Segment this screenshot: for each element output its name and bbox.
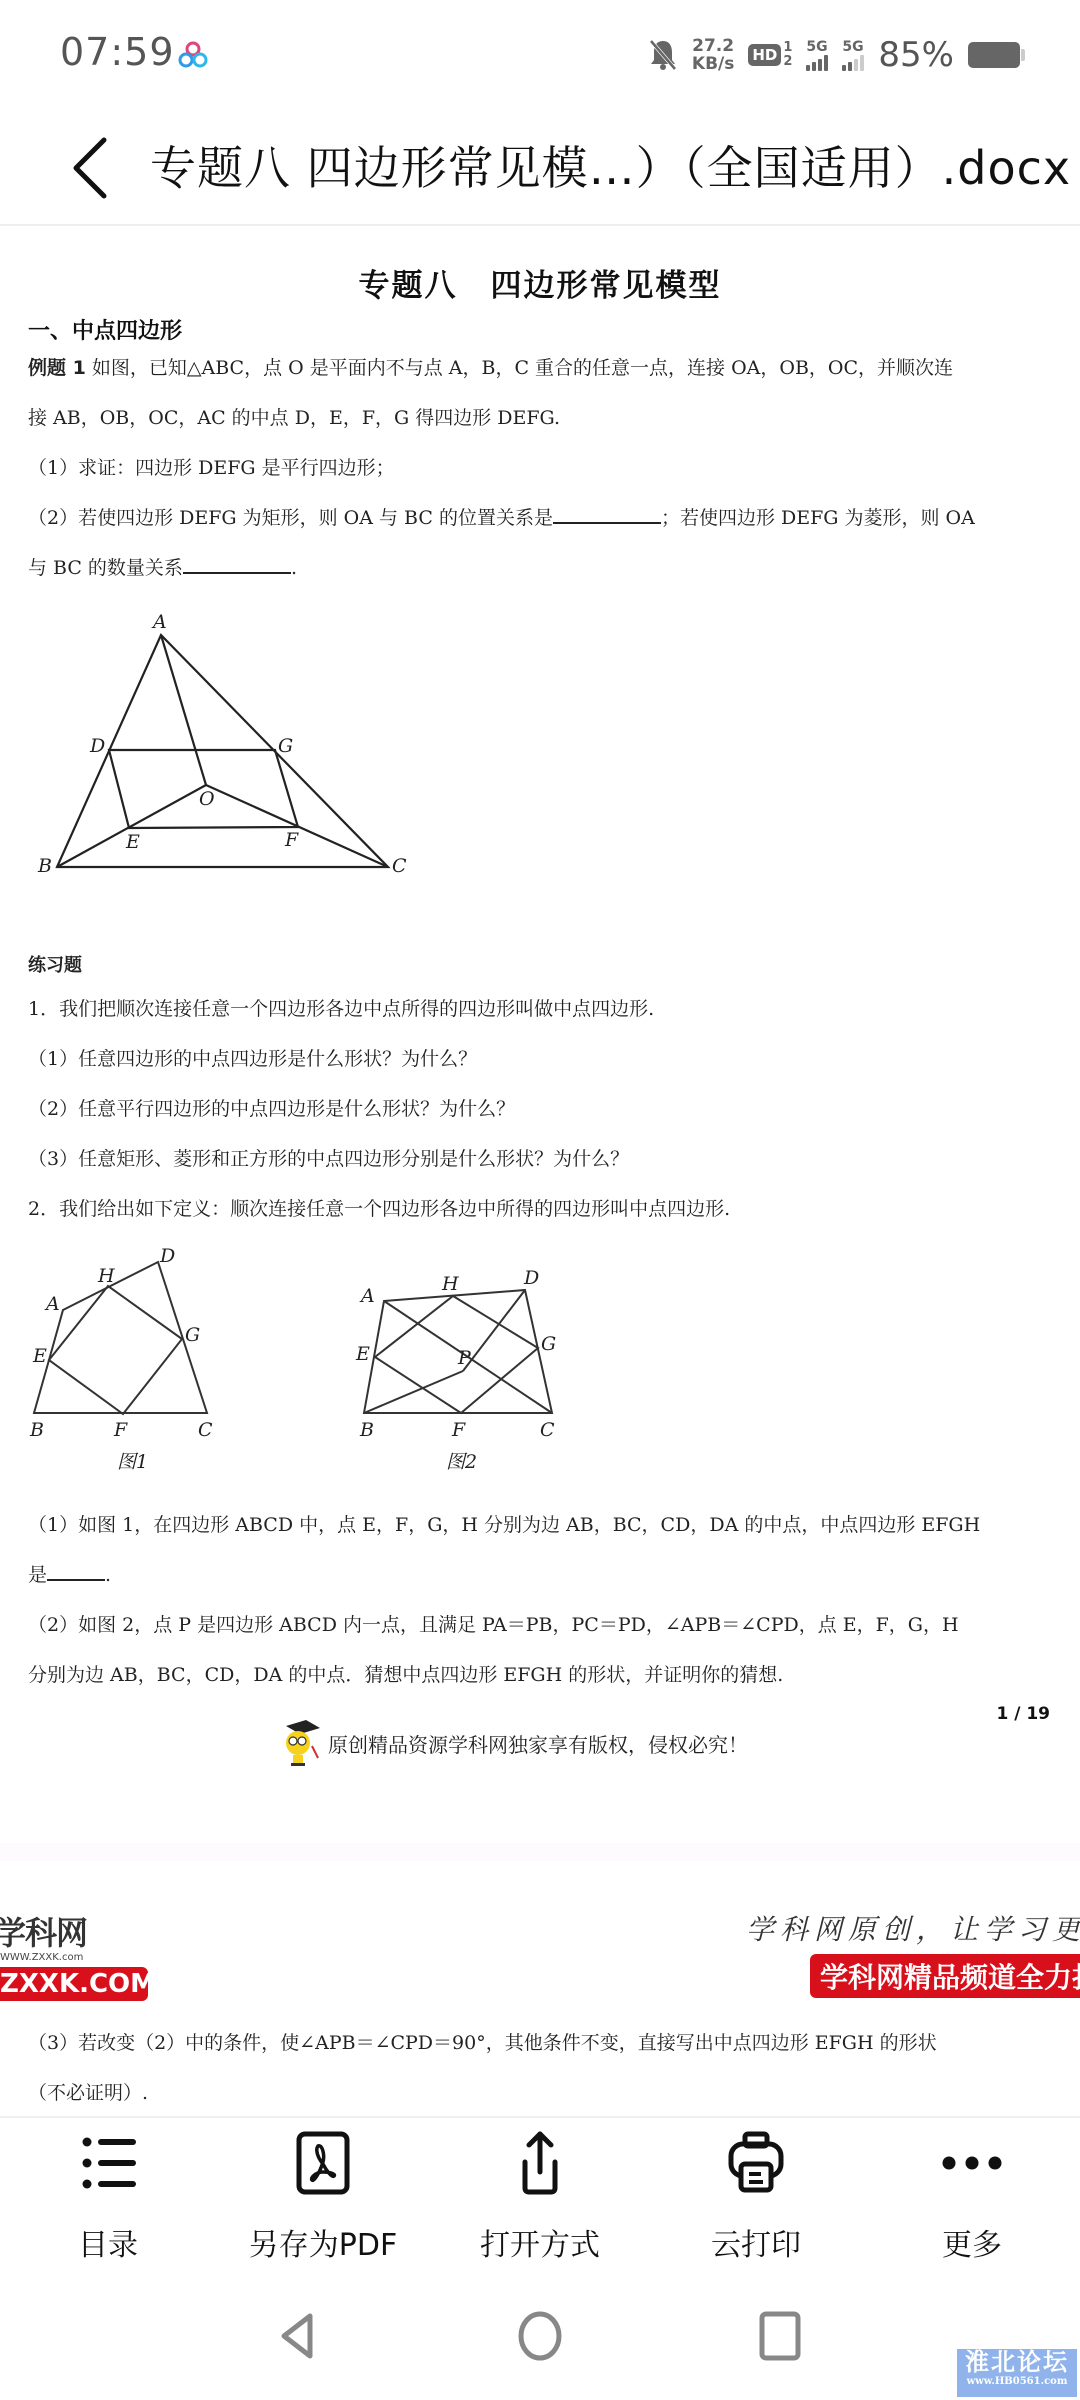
status-time: 07:59 [60, 30, 175, 74]
cloud-print-label: 云打印 [711, 2220, 801, 2264]
sim2-bars [842, 55, 864, 71]
label-F: F [284, 829, 299, 851]
practice-2-stem: 2．我们给出如下定义：顺次连接任意一个四边形各边中所得的四边形叫中点四边形. [28, 1194, 730, 1221]
mascot-icon [282, 1718, 324, 1768]
bottom-toolbar: 目录 另存为PDF 打开方式 云打印 更多 [0, 2116, 1080, 2276]
label-E: E [125, 831, 140, 853]
share-icon [505, 2128, 575, 2198]
more-label: 更多 [942, 2220, 1002, 2264]
watermark-url: www.HB0561.com [957, 2375, 1077, 2389]
example-question-1: （1）求证：四边形 DEFG 是平行四边形； [28, 453, 395, 480]
svg-text:G: G [185, 1324, 200, 1346]
svg-text:D: D [523, 1267, 539, 1289]
svg-text:P: P [457, 1347, 472, 1369]
svg-text:A: A [359, 1285, 375, 1307]
q2-end: . [291, 557, 297, 579]
copyright-notice: 原创精品资源学科网独家享有版权，侵权必究！ [282, 1718, 748, 1768]
practice-2-q2: （2）如图 2，点 P 是四边形 ABCD 内一点，且满足 PA＝PB，PC＝P… [28, 1610, 959, 1637]
answer-blank [47, 1561, 105, 1581]
list-icon [73, 2128, 143, 2198]
hd-sub: 1 2 [783, 41, 792, 69]
copyright-text: 原创精品资源学科网独家享有版权，侵权必究！ [328, 1729, 748, 1758]
svg-text:E: E [32, 1345, 47, 1367]
page-title: 专题八 四边形常见模型 [0, 260, 1080, 305]
practice-2-q2-cont: 分别为边 AB，BC，CD，DA 的中点．猜想中点四边形 EFGH 的形状，并证… [28, 1660, 783, 1687]
practice-1-q2: （2）任意平行四边形的中点四边形是什么形状？为什么？ [28, 1094, 515, 1121]
page-number: 1 / 19 [996, 1704, 1050, 1724]
toc-label: 目录 [78, 2220, 138, 2264]
cloud-print-button[interactable]: 云打印 [666, 2128, 846, 2278]
recents-square-icon[interactable] [750, 2306, 810, 2366]
practice-1-q1: （1）任意四边形的中点四边形是什么形状？为什么？ [28, 1044, 477, 1071]
svg-text:C: C [198, 1419, 213, 1441]
site-watermark: 淮北论坛 www.HB0561.com [957, 2349, 1077, 2397]
label-G: G [278, 735, 293, 757]
zxxk-logo: 学科网 WWW.ZXXK.com ZXXK.COM [0, 1908, 148, 2001]
figure-triangle-abc: A D G O E F B C [0, 598, 450, 892]
system-nav-bar [0, 2276, 1080, 2400]
battery-icon [968, 42, 1020, 68]
document-title: 专题八 四边形常见模…）（全国适用）.docx [150, 132, 1071, 198]
zxxk-slogan: 学科网原创，让学习更容 学科网精品频道全力打 [746, 1908, 1080, 2002]
page-separator [0, 1843, 1080, 1861]
q2-text-c: 与 BC 的数量关系 [28, 557, 183, 579]
svg-text:C: C [540, 1419, 555, 1441]
label-A: A [151, 611, 167, 633]
practice-1-q3: （3）任意矩形、菱形和正方形的中点四边形分别是什么形状？为什么？ [28, 1144, 629, 1171]
svg-text:F: F [451, 1419, 466, 1441]
hd-voice-icon: HD 1 2 [748, 41, 792, 69]
example-question-2-cont: 与 BC 的数量关系. [28, 553, 297, 580]
example-label: 例题 1 [28, 357, 86, 379]
back-triangle-icon[interactable] [270, 2306, 330, 2366]
practice-1-stem: 1．我们把顺次连接任意一个四边形各边中点所得的四边形叫做中点四边形. [28, 994, 654, 1021]
signal-sim1-icon: 5G [806, 39, 828, 71]
q1-text: 是 [28, 1564, 47, 1586]
fig1-caption: 图1 [117, 1451, 148, 1473]
q1-end: . [105, 1564, 111, 1586]
sim2-label: 5G [842, 39, 863, 55]
svg-text:A: A [44, 1293, 60, 1315]
svg-text:D: D [159, 1245, 175, 1267]
example-line-1: 例题 1 如图，已知△ABC，点 O 是平面内不与点 A，B，C 重合的任意一点… [28, 353, 953, 380]
net-speed-unit: KB/s [692, 55, 734, 73]
example-question-2: （2）若使四边形 DEFG 为矩形，则 OA 与 BC 的位置关系是；若使四边形… [28, 503, 975, 530]
open-with-label: 打开方式 [480, 2220, 600, 2264]
chevron-left-icon[interactable] [60, 128, 120, 208]
watermark-cn: 淮北论坛 [957, 2349, 1077, 2375]
status-icons: 27.2 KB/s HD 1 2 5G 5G 85% [648, 30, 1020, 80]
battery-percent: 85% [878, 35, 954, 75]
label-O: O [199, 788, 215, 810]
mute-bell-icon [648, 38, 678, 72]
svg-text:B: B [359, 1419, 374, 1441]
net-speed-value: 27.2 [692, 37, 734, 55]
svg-text:H: H [97, 1265, 115, 1287]
answer-blank [553, 504, 661, 524]
figure-1-and-2: A H D G E B F C 图1 A H D G E P B F C 图2 [0, 1230, 600, 1484]
save-as-pdf-button[interactable]: 另存为PDF [233, 2128, 413, 2278]
svg-text:F: F [113, 1419, 128, 1441]
svg-text:E: E [355, 1343, 370, 1365]
fig2-caption: 图2 [446, 1451, 477, 1473]
more-icon [937, 2128, 1007, 2198]
hd-label: HD [748, 44, 781, 66]
label-D: D [89, 735, 105, 757]
logo-cn: 学科网 [0, 1908, 148, 1954]
sim1-label: 5G [806, 39, 827, 55]
logo-red-banner: ZXXK.COM [0, 1967, 148, 2001]
app-header: 专题八 四边形常见模…）（全国适用）.docx [0, 110, 1080, 226]
hd-sub-top: 1 [783, 41, 792, 55]
status-bar: 07:59 27.2 KB/s HD 1 2 5G 5G [0, 0, 1080, 110]
home-circle-icon[interactable] [510, 2306, 570, 2366]
practice-heading: 练习题 [28, 951, 82, 977]
answer-blank [183, 554, 291, 574]
toc-button[interactable]: 目录 [18, 2128, 198, 2278]
hd-sub-bottom: 2 [783, 55, 792, 69]
svg-text:H: H [441, 1273, 459, 1295]
slogan-red-banner: 学科网精品频道全力打 [810, 1954, 1080, 1998]
example-line-2: 接 AB，OB，OC，AC 的中点 D，E，F，G 得四边形 DEFG. [28, 403, 560, 430]
app-cloud-icon [176, 40, 210, 70]
signal-sim2-icon: 5G [842, 39, 864, 71]
more-button[interactable]: 更多 [882, 2128, 1062, 2278]
net-speed: 27.2 KB/s [692, 37, 734, 73]
save-as-pdf-label: 另存为PDF [249, 2220, 397, 2264]
document-viewer[interactable]: 专题八 四边形常见模型 一、中点四边形 例题 1 如图，已知△ABC，点 O 是… [0, 228, 1080, 2110]
practice-2-q1-cont: 是. [28, 1560, 111, 1587]
q2-text-b: ；若使四边形 DEFG 为菱形，则 OA [661, 507, 975, 529]
logo-url: WWW.ZXXK.com [0, 1952, 148, 1963]
label-C: C [392, 855, 407, 877]
practice-2-q1: （1）如图 1，在四边形 ABCD 中，点 E，F，G，H 分别为边 AB，BC… [28, 1510, 980, 1537]
practice-2-q3: （3）若改变（2）中的条件，使∠APB＝∠CPD＝90°，其他条件不变，直接写出… [28, 2028, 937, 2055]
svg-text:G: G [541, 1333, 556, 1355]
open-with-button[interactable]: 打开方式 [450, 2128, 630, 2278]
svg-text:B: B [29, 1419, 44, 1441]
section-heading: 一、中点四边形 [28, 314, 182, 345]
q2-text-a: （2）若使四边形 DEFG 为矩形，则 OA 与 BC 的位置关系是 [28, 507, 553, 529]
pdf-icon [288, 2128, 358, 2198]
example-text-1: 如图，已知△ABC，点 O 是平面内不与点 A，B，C 重合的任意一点，连接 O… [86, 357, 953, 379]
label-B: B [37, 855, 52, 877]
printer-icon [721, 2128, 791, 2198]
sim1-bars [806, 55, 828, 71]
practice-2-q3-cont: （不必证明）. [28, 2078, 148, 2105]
slogan-script: 学科网原创，让学习更容 [746, 1908, 1080, 1948]
